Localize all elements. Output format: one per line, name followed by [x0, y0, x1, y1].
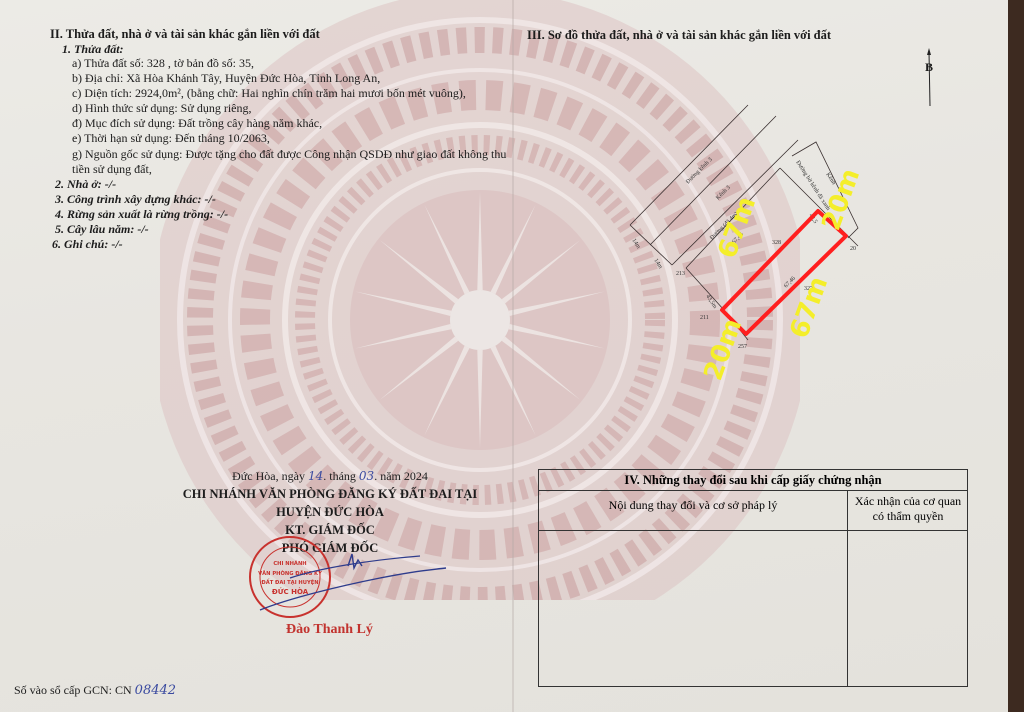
label-14m-b: 14m: [652, 258, 663, 270]
page-fold: [512, 0, 514, 712]
label-canal3: Kênh 3: [715, 185, 732, 202]
registry-number: Số vào sổ cấp GCN: CN 08442: [14, 683, 176, 698]
land-origin: g) Nguồn gốc sử dụng: Được tặng cho đất …: [72, 147, 506, 162]
land-use-term: e) Thời hạn sử dụng: Đến tháng 10/2063,: [72, 131, 270, 146]
label-parcel-328: 328: [772, 240, 781, 246]
table-surface: [1008, 0, 1024, 712]
land-use-purpose: đ) Mục đích sử dụng: Đất trồng cây hàng …: [72, 116, 322, 131]
item-perennial-trees: 5. Cây lâu năm: -/-: [55, 222, 149, 237]
item-planted-forest: 4. Rừng sản xuất là rừng trồng: -/-: [55, 207, 228, 222]
table-divider: [847, 531, 848, 687]
land-area: c) Diện tích: 2924,0m², (bằng chữ: Hai n…: [72, 86, 466, 101]
label-edge-sw: 43,5m: [704, 294, 717, 310]
label-parcel-213: 213: [676, 271, 685, 277]
land-use-form: d) Hình thức sử dụng: Sử dụng riêng,: [72, 101, 252, 116]
date-prefix: Đức Hòa, ngày: [232, 469, 305, 483]
signer-name: Đào Thanh Lý: [286, 622, 373, 638]
land-parcel-number: a) Thửa đất số: 328 , tờ bản đồ số: 35,: [72, 56, 254, 71]
label-parcel-211: 211: [700, 315, 709, 321]
handwritten-signature-icon: [250, 548, 450, 618]
registry-value: 08442: [135, 683, 176, 698]
label-road-kenh3: Đường kênh 3: [685, 157, 714, 186]
office-name-2: HUYỆN ĐỨC HÒA: [180, 503, 480, 521]
changes-table: IV. Những thay đổi sau khi cấp giấy chứn…: [538, 469, 968, 687]
office-name-1: CHI NHÁNH VĂN PHÒNG ĐĂNG KÝ ĐẤT ĐAI TẠI: [180, 485, 480, 503]
item-other-construction: 3. Công trình xây dựng khác: -/-: [55, 192, 216, 207]
issue-date: Đức Hòa, ngày 14. tháng 03. năm 2024: [180, 467, 480, 485]
label-14m-a: 14m: [630, 238, 641, 250]
land-address: b) Địa chỉ: Xã Hòa Khánh Tây, Huyện Đức …: [72, 71, 380, 86]
section-2-title: II. Thửa đất, nhà ở và tài sản khác gắn …: [50, 27, 320, 42]
column-header-authority-confirmation: Xác nhận của cơ quan có thẩm quyền: [847, 491, 968, 531]
label-edge-small: 20: [850, 246, 856, 252]
section-4-title: IV. Những thay đổi sau khi cấp giấy chứn…: [539, 470, 967, 491]
north-label: B: [925, 60, 933, 75]
land-heading: 1. Thửa đất:: [62, 42, 124, 57]
parcel-diagram: Đường kênh 3 Kênh 3 Đường (đã 4m) Đường …: [600, 100, 900, 380]
date-month: 03: [359, 469, 374, 483]
column-header-change-content: Nội dung thay đổi và cơ sở pháp lý: [539, 491, 847, 531]
col2-line2: có thẩm quyền: [848, 509, 968, 524]
date-day: 14: [308, 469, 323, 483]
certificate-page: II. Thửa đất, nhà ở và tài sản khác gắn …: [0, 0, 1010, 712]
item-notes: 6. Ghi chú: -/-: [52, 237, 123, 252]
date-month-label: tháng: [329, 469, 356, 483]
registry-label: Số vào sổ cấp GCN: CN: [14, 683, 132, 697]
land-origin-cont: tiền sử dụng đất,: [72, 162, 152, 177]
date-year: năm 2024: [380, 469, 428, 483]
section-3-title: III. Sơ đồ thửa đất, nhà ở và tài sản kh…: [527, 28, 831, 43]
item-house: 2. Nhà ở: -/-: [55, 177, 116, 192]
col2-line1: Xác nhận của cơ quan: [848, 494, 968, 509]
north-arrow-icon: [920, 48, 940, 108]
